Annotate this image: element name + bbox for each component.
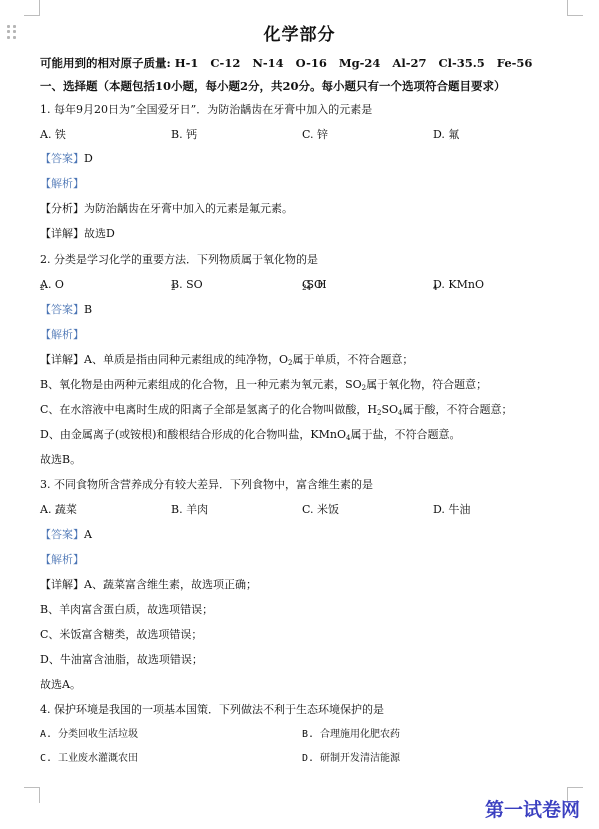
question-options: C. 工业废水灌溉农田 D. 研制开发清洁能源 <box>40 752 560 766</box>
mass-item: Cl-35.5 <box>438 56 484 70</box>
question-stem: 1. 每年9月20日为”全国爱牙日”．为防治龋齿在牙膏中加入的元素是 <box>40 103 372 117</box>
page-corner-mark <box>24 787 40 803</box>
question-options: A. 分类回收生活垃圾 B. 合理施用化肥农药 <box>40 728 560 742</box>
mass-item: Fe-56 <box>497 56 533 70</box>
detail-line: 【详解】A、蔬菜富含维生素，故选项正确； <box>40 578 257 592</box>
question-options: A. 蔬菜 B. 羊肉 C. 米饭 D. 牛油 <box>40 503 560 517</box>
fenxi-label: 【分析】 <box>40 202 84 215</box>
page-corner-mark <box>567 0 583 16</box>
option-c: C. 锌 <box>302 128 328 142</box>
question-options: A. O2 B. SO2 C. H2SO4 D. KMnO4 <box>40 278 560 292</box>
detail-line: B、羊肉富含蛋白质，故选项错误； <box>40 603 213 617</box>
atomic-masses-label: 可能用到的相对原子质量: <box>40 56 171 70</box>
answer-value: D <box>84 152 93 165</box>
detail-label: 【详解】 <box>40 353 84 366</box>
question-stem: 3. 不同食物所含营养成分有较大差异．下列食物中，富含维生素的是 <box>40 478 373 492</box>
option-c: C. 工业废水灌溉农田 <box>40 752 138 766</box>
mass-item: H-1 <box>175 56 199 70</box>
detail-line: 【详解】A、单质是指由同种元素组成的纯净物，O2属于单质，不符合题意； <box>40 353 413 370</box>
detail-line: C、米饭富含糖类，故选项错误； <box>40 628 202 642</box>
detail-text: 属于氧化物，符合题意； <box>366 378 487 391</box>
option-text: A. O <box>40 278 64 292</box>
fenxi-text: 为防治龋齿在牙膏中加入的元素是氟元素。 <box>84 202 293 215</box>
detail-text: C、在水溶液中电离时生成的阳离子全部是氢离子的化合物叫做酸，H <box>40 403 377 416</box>
option-c: C. H2SO4 <box>302 278 311 295</box>
mass-item: Mg-24 <box>339 56 381 70</box>
option-b: B. 羊肉 <box>171 503 208 517</box>
detail-line: D、由金属离子(或铵根)和酸根结合形成的化合物叫盐，KMnO4属于盐，不符合题意… <box>40 428 460 445</box>
detail-text: 属于酸，不符合题意； <box>403 403 513 416</box>
section-heading: 一、选择题（本题包括10小题，每小题2分，共20分。每小题只有一个选项符合题目要… <box>40 79 506 93</box>
option-c: C. 米饭 <box>302 503 339 517</box>
option-d: D. 牛油 <box>433 503 470 517</box>
option-a: A. O2 <box>40 278 44 295</box>
answer-label: 【答案】 <box>40 152 84 165</box>
detail-line: D、牛油富含油脂，故选项错误； <box>40 653 203 667</box>
question-stem: 4. 保护环境是我国的一项基本国策．下列做法不利于生态环境保护的是 <box>40 703 384 717</box>
analysis-label: 【解析】 <box>40 553 84 567</box>
mass-item: Al-27 <box>392 56 426 70</box>
detail-label: 【详解】 <box>40 227 84 240</box>
option-d: D. 氟 <box>433 128 459 142</box>
analysis-label: 【解析】 <box>40 177 84 191</box>
detail-text: D、由金属离子(或铵根)和酸根结合形成的化合物叫盐，KMnO <box>40 428 346 441</box>
detail-text: 故选D <box>84 227 115 240</box>
page-title: 化学部分 <box>0 20 599 45</box>
fenxi-line: 【分析】为防治龋齿在牙膏中加入的元素是氟元素。 <box>40 202 293 216</box>
option-text: B. SO <box>171 278 203 292</box>
detail-text: A、蔬菜富含维生素，故选项正确； <box>84 578 257 591</box>
option-a: A. 分类回收生活垃圾 <box>40 728 138 742</box>
mass-item: N-14 <box>252 56 283 70</box>
detail-line: B、氧化物是由两种元素组成的化合物，且一种元素为氧元素，SO2属于氧化物，符合题… <box>40 378 487 395</box>
detail-text: 属于盐，不符合题意。 <box>350 428 460 441</box>
analysis-label: 【解析】 <box>40 328 84 342</box>
answer-label: 【答案】 <box>40 303 84 316</box>
detail-text: B、氧化物是由两种元素组成的化合物，且一种元素为氧元素，SO <box>40 378 362 391</box>
page-corner-mark <box>24 0 40 16</box>
answer-line: 【答案】B <box>40 303 92 317</box>
detail-label: 【详解】 <box>40 578 84 591</box>
option-b: B. 钙 <box>171 128 197 142</box>
detail-text: A、单质是指由同种元素组成的纯净物，O <box>84 353 288 366</box>
mass-item: O-16 <box>296 56 327 70</box>
question-stem: 2. 分类是学习化学的重要方法．下列物质属于氧化物的是 <box>40 253 318 267</box>
option-b: B. SO2 <box>171 278 175 295</box>
option-a: A. 蔬菜 <box>40 503 77 517</box>
answer-line: 【答案】A <box>40 528 92 542</box>
detail-text: SO <box>381 403 398 416</box>
option-d: D. 研制开发清洁能源 <box>302 752 400 766</box>
conclusion: 故选B。 <box>40 453 81 467</box>
conclusion: 故选A。 <box>40 678 81 692</box>
answer-line: 【答案】D <box>40 152 93 166</box>
option-a: A. 铁 <box>40 128 66 142</box>
option-text: SO <box>306 278 323 292</box>
mass-item: C-12 <box>210 56 240 70</box>
answer-value: A <box>84 528 92 541</box>
detail-line: C、在水溶液中电离时生成的阳离子全部是氢离子的化合物叫做酸，H2SO4属于酸，不… <box>40 403 513 420</box>
answer-label: 【答案】 <box>40 528 84 541</box>
option-b: B. 合理施用化肥农药 <box>302 728 400 742</box>
answer-value: B <box>84 303 92 316</box>
option-d: D. KMnO4 <box>433 278 437 295</box>
watermark-logo: 第一试卷网 <box>485 795 580 822</box>
question-options: A. 铁 B. 钙 C. 锌 D. 氟 <box>40 128 560 142</box>
detail-line: 【详解】故选D <box>40 227 115 241</box>
detail-text: 属于单质，不符合题意； <box>292 353 413 366</box>
option-text: D. KMnO <box>433 278 484 292</box>
atomic-masses: 可能用到的相对原子质量:H-1C-12N-14O-16Mg-24Al-27Cl-… <box>40 56 544 70</box>
